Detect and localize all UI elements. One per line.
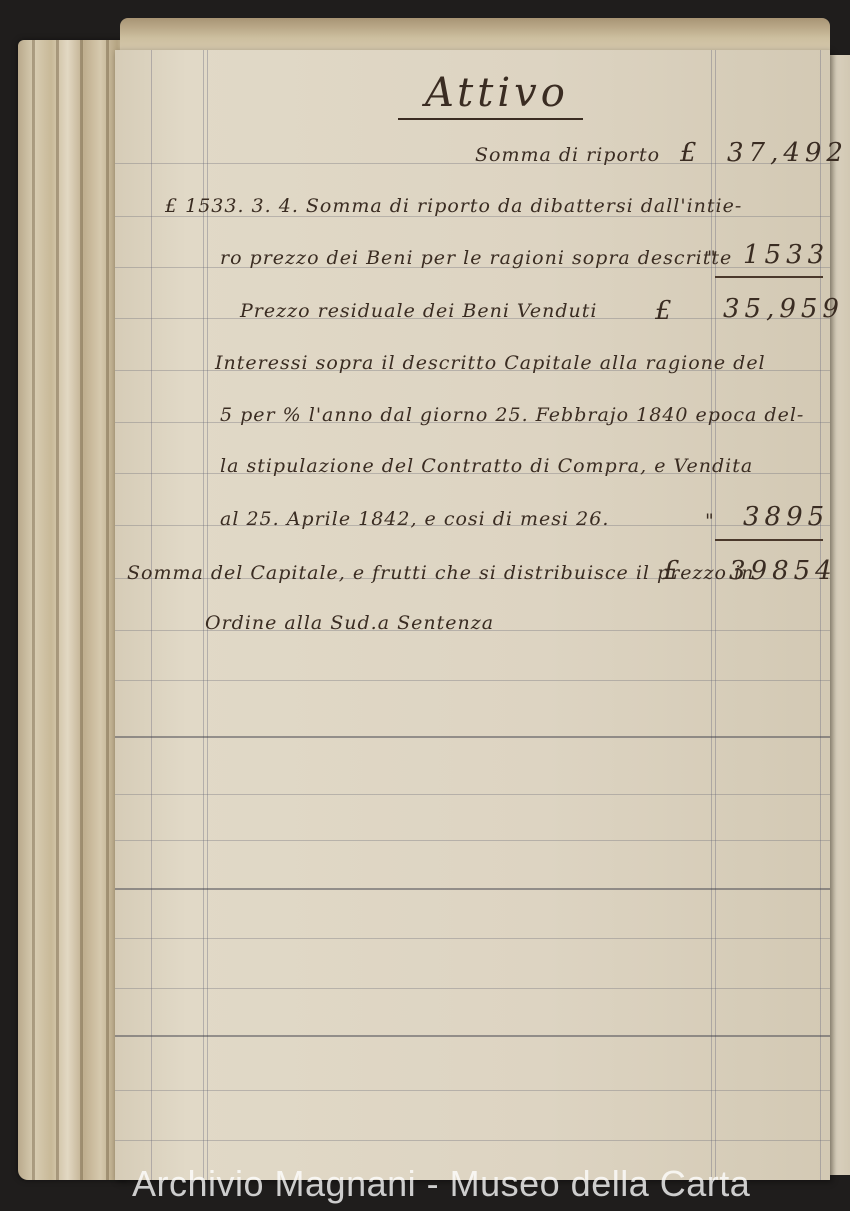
ditto-mark: " xyxy=(705,510,715,532)
entry-amount: 3895 xyxy=(743,502,829,532)
entry-text: la stipulazione del Contratto di Compra,… xyxy=(220,455,753,477)
entry-amount: 1533 xyxy=(743,240,829,270)
stack-fold xyxy=(80,40,83,1180)
stack-fold xyxy=(32,40,35,1180)
ruled-line xyxy=(115,163,830,164)
ruled-line xyxy=(115,1140,830,1141)
ditto-mark: " xyxy=(707,247,717,269)
entry-amount: 37,492 xyxy=(727,138,848,168)
facing-page-edge xyxy=(828,55,850,1175)
entry-text: £ 1533. 3. 4. Somma di riporto da dibatt… xyxy=(165,195,742,217)
amount-column-rule xyxy=(715,50,716,1180)
stack-fold xyxy=(106,40,109,1180)
ruled-line xyxy=(115,1090,830,1091)
entry-text: al 25. Aprile 1842, e cosi di mesi 26. xyxy=(220,508,609,530)
heading-underline xyxy=(398,118,583,120)
pound-sign: £ xyxy=(655,296,677,326)
ruled-line-heavy xyxy=(115,736,830,738)
stack-fold xyxy=(56,40,59,1180)
pound-sign: £ xyxy=(663,556,685,586)
entry-text: Interessi sopra il descritto Capitale al… xyxy=(215,352,766,374)
page-stack-edges xyxy=(18,40,128,1180)
entry-text: 5 per % l'anno dal giorno 25. Febbrajo 1… xyxy=(220,404,804,426)
entry-text: Ordine alla Sud.a Sentenza xyxy=(205,612,494,634)
amount-column-rule xyxy=(711,50,712,1180)
entry-text: Somma di riporto xyxy=(475,144,660,166)
ruled-line xyxy=(115,680,830,681)
entry-text: Somma del Capitale, e frutti che si dist… xyxy=(127,562,754,584)
ruled-line xyxy=(115,840,830,841)
entry-amount: 39854 xyxy=(729,556,837,586)
entry-amount: 35,959 xyxy=(723,294,844,324)
margin-rule xyxy=(203,50,204,1180)
sum-rule xyxy=(715,276,823,278)
ledger-page: Attivo Somma di riporto £ 37,492 £ 1533.… xyxy=(115,50,830,1180)
ruled-line-heavy xyxy=(115,1035,830,1037)
margin-rule xyxy=(151,50,152,1180)
entry-text: ro prezzo dei Beni per le ragioni sopra … xyxy=(220,247,732,269)
archive-watermark: Archivio Magnani - Museo della Carta xyxy=(132,1163,750,1205)
ruled-line-heavy xyxy=(115,888,830,890)
ruled-line xyxy=(115,938,830,939)
entry-text: Prezzo residuale dei Beni Venduti xyxy=(240,300,598,322)
pound-sign: £ xyxy=(680,138,702,168)
ruled-line xyxy=(115,794,830,795)
amount-column-rule xyxy=(820,50,821,1180)
sum-rule xyxy=(715,539,823,541)
ruled-line xyxy=(115,988,830,989)
page-heading: Attivo xyxy=(425,70,569,116)
